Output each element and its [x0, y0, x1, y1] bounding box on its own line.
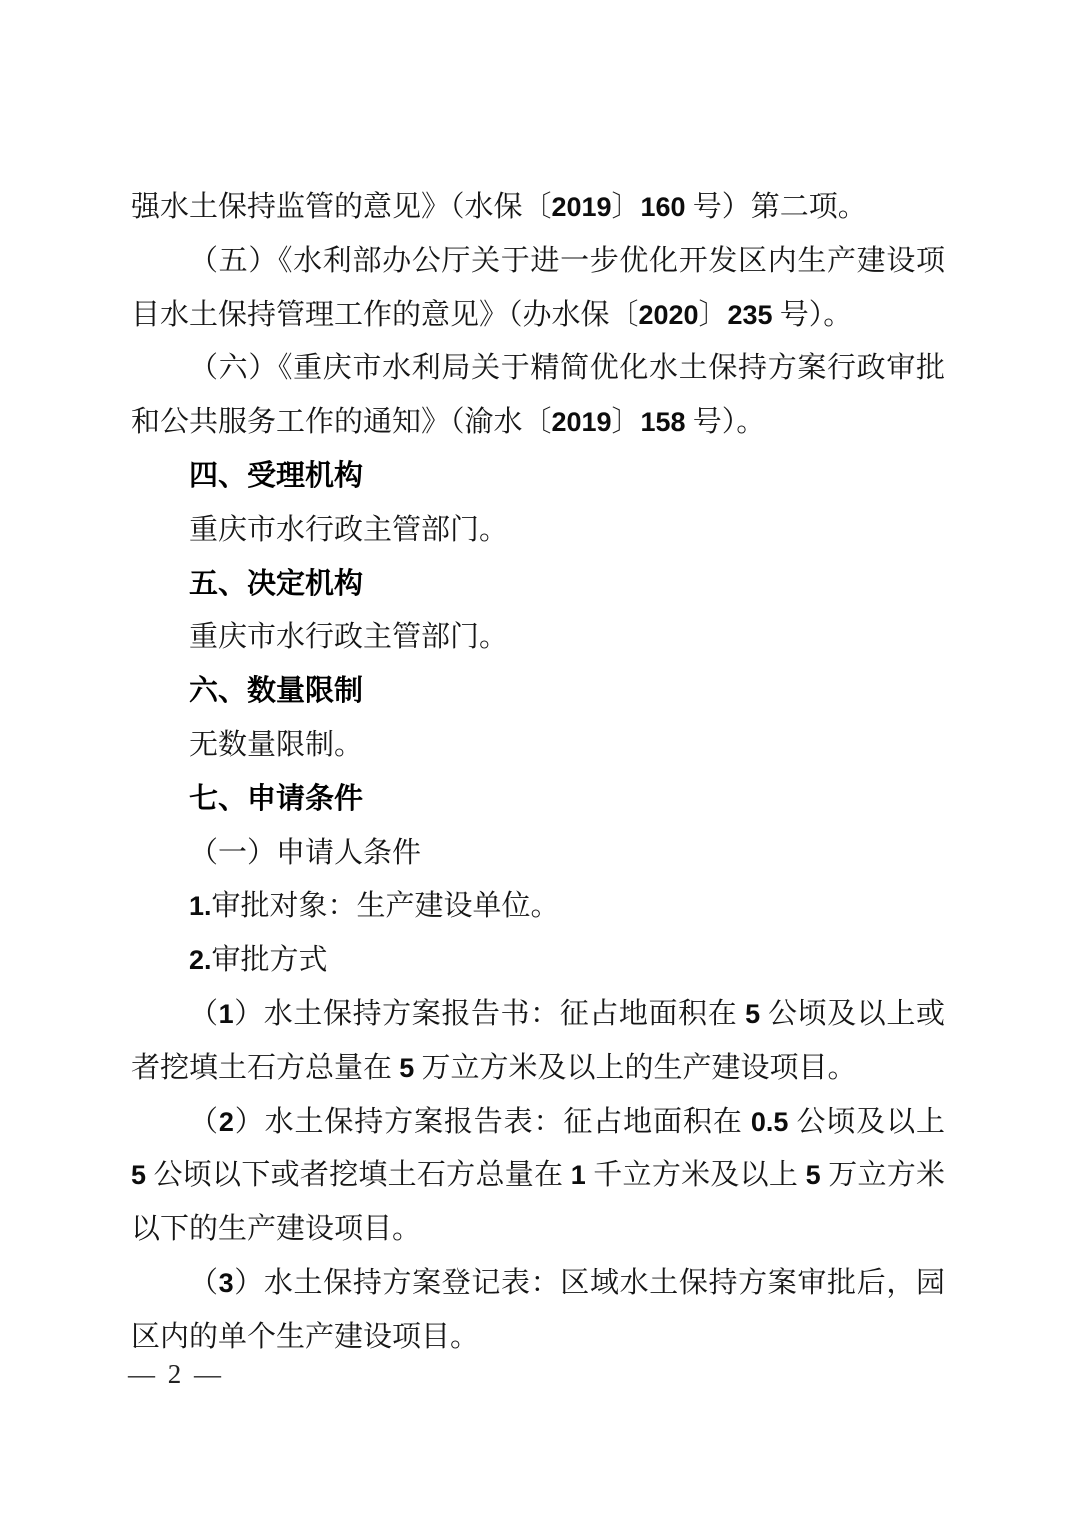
digit-run: 5: [806, 1160, 821, 1190]
document-page: 强水土保持监管的意见》（水保〔2019〕160 号）第二项。（五）《水利部办公厅…: [0, 0, 1075, 1519]
document-body: 强水土保持监管的意见》（水保〔2019〕160 号）第二项。（五）《水利部办公厅…: [131, 181, 945, 1365]
paragraph: （六）《重庆市水利局关于精简优化水土保持方案行政审批和公共服务工作的通知》（渝水…: [131, 342, 945, 450]
paragraph: 无数量限制。: [131, 719, 945, 773]
paragraph: 强水土保持监管的意见》（水保〔2019〕160 号）第二项。: [131, 181, 945, 235]
paragraph: 1.审批对象：生产建设单位。: [131, 880, 945, 934]
digit-run: 0.5: [751, 1107, 789, 1137]
digit-run: 235: [728, 300, 773, 330]
digit-run: 1.: [189, 891, 212, 921]
digit-run: 158: [641, 407, 686, 437]
paragraph: （2）水土保持方案报告表：征占地面积在 0.5 公顷及以上 5 公顷以下或者挖填…: [131, 1096, 945, 1257]
digit-run: 160: [641, 192, 686, 222]
paragraph: （一）申请人条件: [131, 827, 945, 881]
paragraph: 2.审批方式: [131, 934, 945, 988]
paragraph: （1）水土保持方案报告书：征占地面积在 5 公顷及以上或者挖填土石方总量在 5 …: [131, 988, 945, 1096]
digit-run: 3: [219, 1268, 234, 1298]
digit-run: 5: [745, 999, 760, 1029]
digit-run: 5: [399, 1053, 414, 1083]
digit-run: 5: [131, 1160, 146, 1190]
digit-run: 2.: [189, 945, 212, 975]
page-number: — 2 —: [128, 1356, 224, 1392]
paragraph: （3）水土保持方案登记表：区域水土保持方案审批后，园区内的单个生产建设项目。: [131, 1257, 945, 1365]
digit-run: 1: [219, 999, 234, 1029]
paragraph: 四、受理机构: [131, 450, 945, 504]
digit-run: 2019: [552, 192, 612, 222]
paragraph: 六、数量限制: [131, 665, 945, 719]
paragraph: 七、申请条件: [131, 773, 945, 827]
digit-run: 2019: [552, 407, 612, 437]
digit-run: 2020: [639, 300, 699, 330]
digit-run: 1: [571, 1160, 586, 1190]
paragraph: 重庆市水行政主管部门。: [131, 504, 945, 558]
paragraph: 重庆市水行政主管部门。: [131, 611, 945, 665]
paragraph: （五）《水利部办公厅关于进一步优化开发区内生产建设项目水土保持管理工作的意见》（…: [131, 235, 945, 343]
digit-run: 2: [219, 1107, 234, 1137]
paragraph: 五、决定机构: [131, 558, 945, 612]
